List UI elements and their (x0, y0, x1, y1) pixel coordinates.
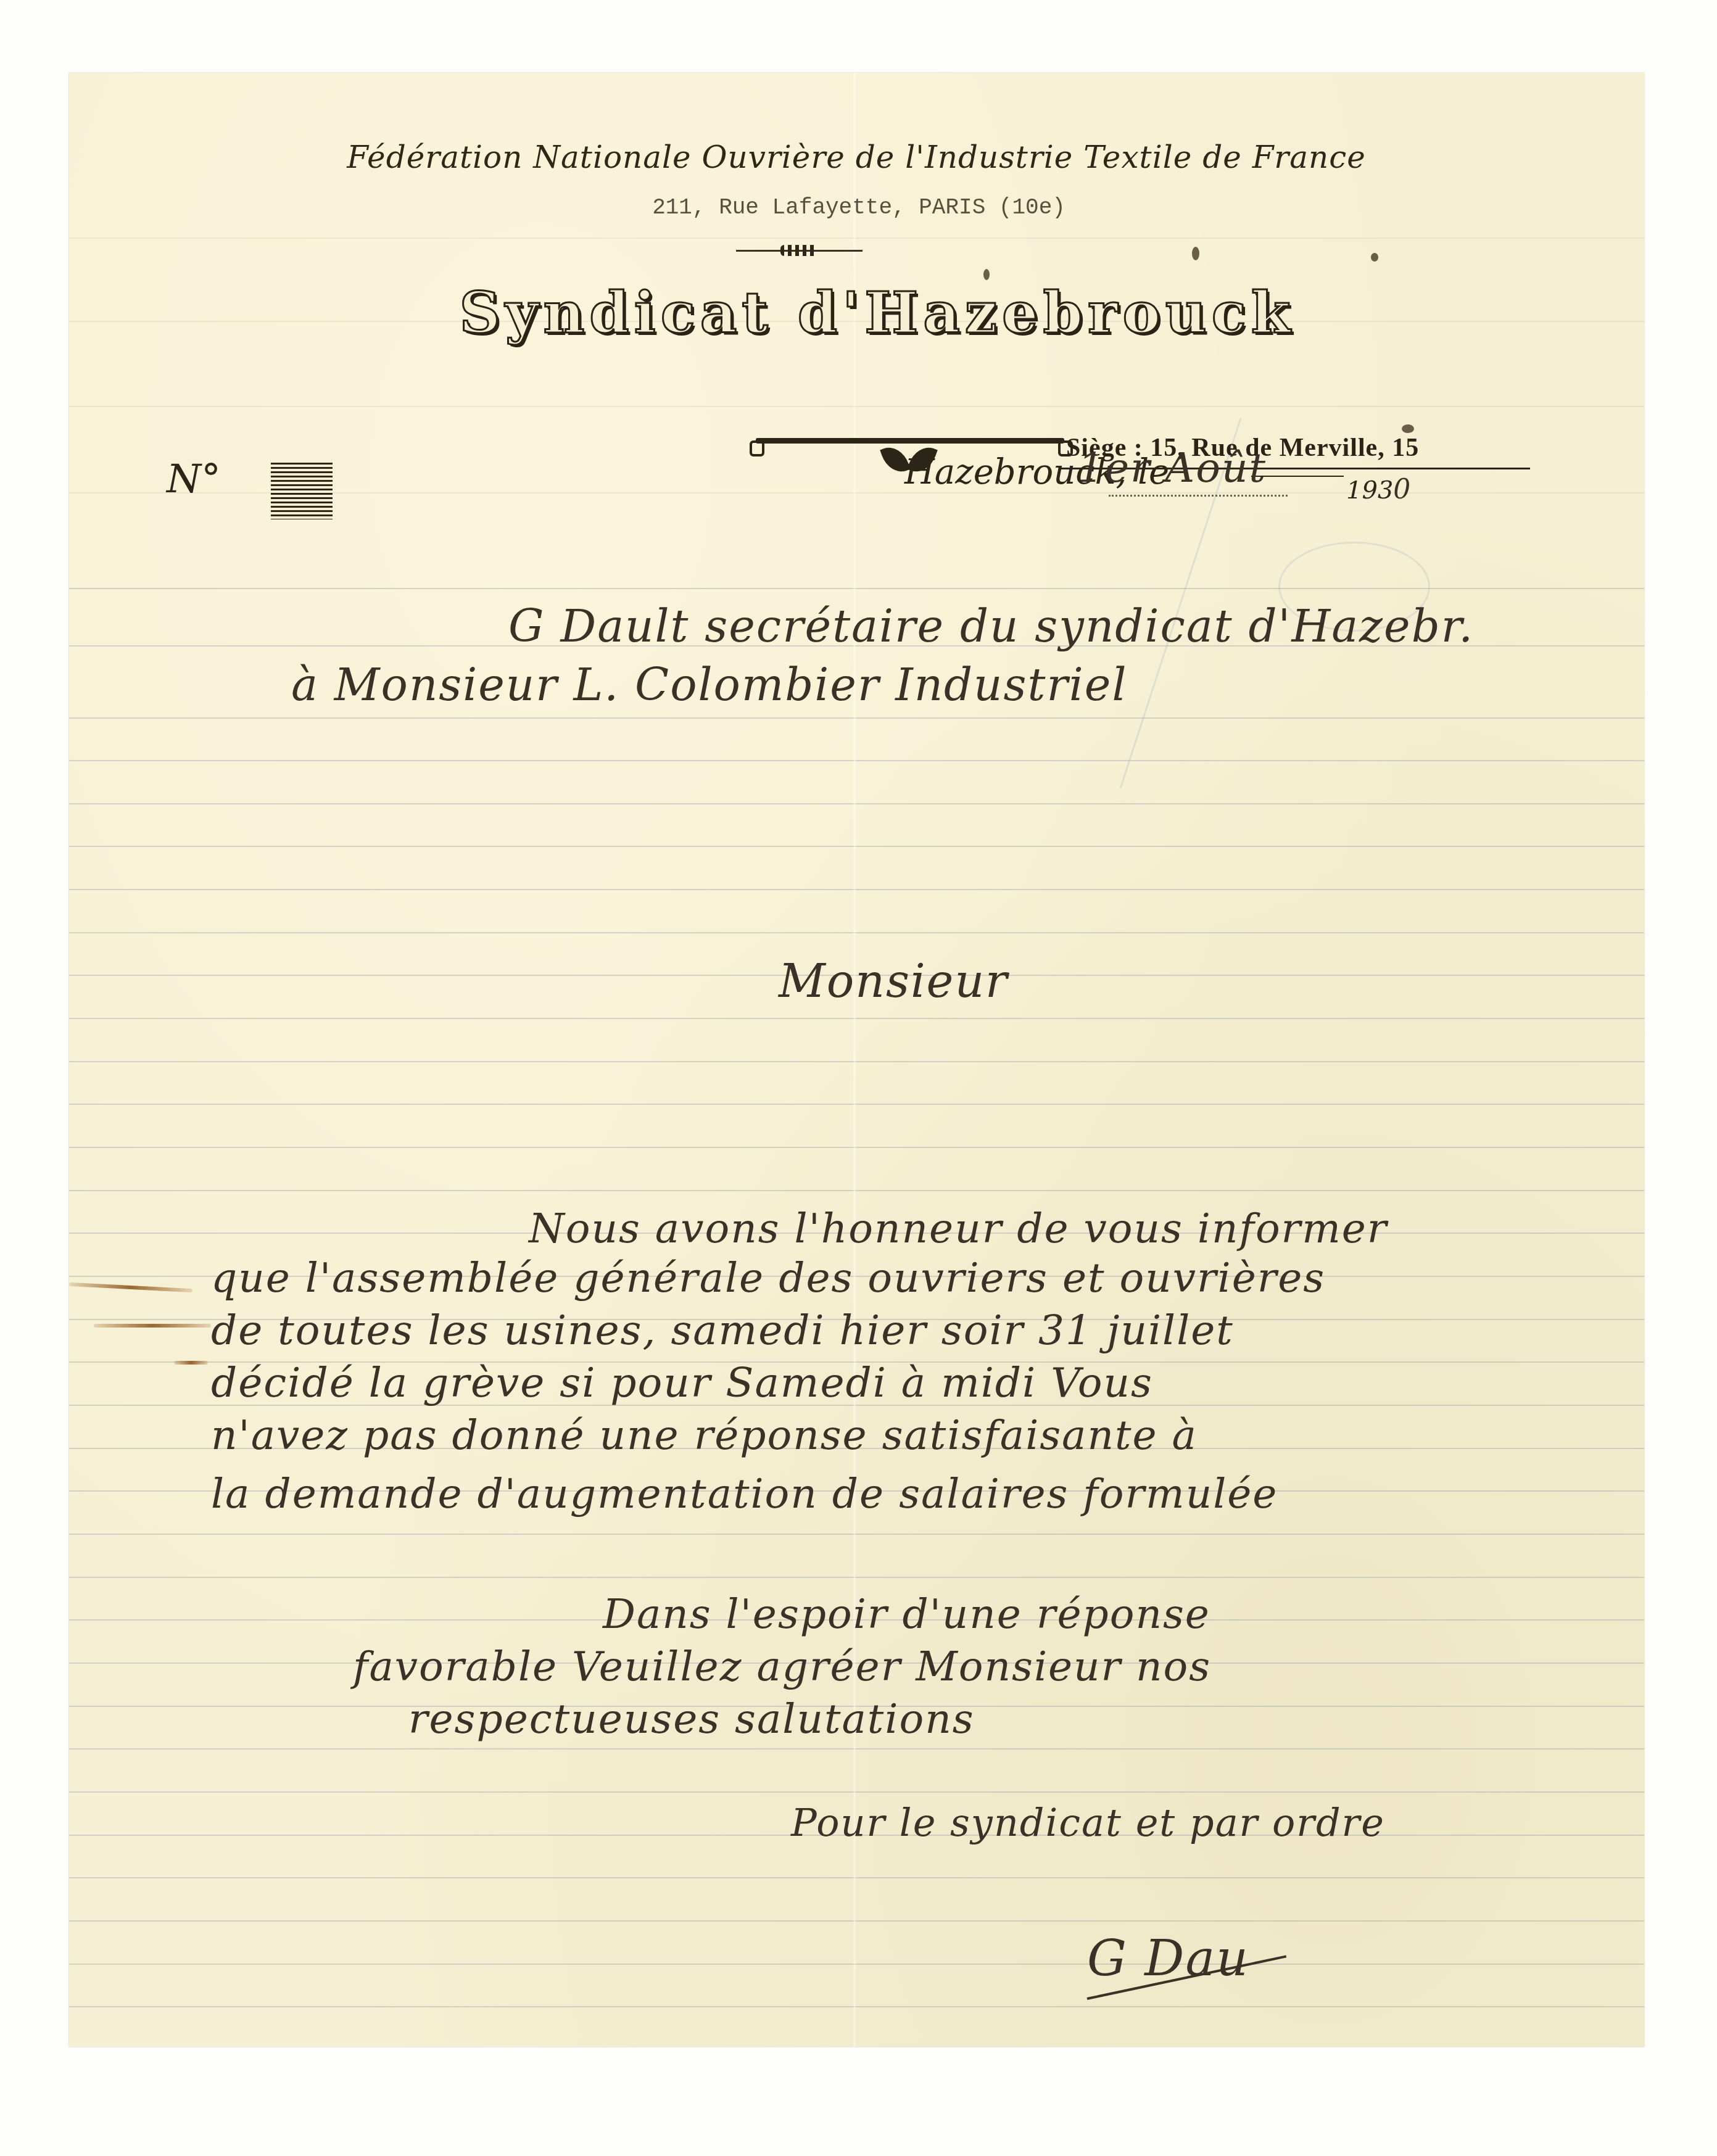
closing-line-1: Dans l'espoir d'une réponse (603, 1590, 1210, 1638)
rust-stain (69, 1282, 192, 1292)
sender-line: G Dault secrétaire du syndicat d'Hazebr. (508, 600, 1474, 652)
ink-spot (1371, 253, 1378, 262)
dateline-dotted-rule (1109, 495, 1288, 497)
federation-heading: Fédération Nationale Ouvrière de l'Indus… (190, 139, 1523, 175)
year-printed: 193 (1346, 476, 1393, 505)
body-line-5: n'avez pas donné une réponse satisfaisan… (211, 1411, 1198, 1459)
dateline-year: 1930 (1346, 474, 1412, 505)
year-handwritten: 0 (1393, 474, 1412, 505)
syndicate-title: Syndicat d'Hazebrouck (415, 279, 1340, 346)
small-divider-ornament (736, 249, 863, 252)
ink-spot (1192, 247, 1199, 260)
dateline-day-month: 1er Août (1078, 444, 1267, 492)
body-line-2: que l'assemblée générale des ouvriers et… (211, 1254, 1325, 1302)
body-line-1: Nous avons l'honneur de vous informer (529, 1205, 1388, 1252)
salutation: Monsieur (779, 955, 1008, 1008)
closing-line-3: respectueuses salutations (408, 1695, 975, 1743)
rust-stain (94, 1324, 211, 1328)
signature: G Dau (1087, 1930, 1249, 1987)
closing-line-2: favorable Veuillez agréer Monsieur nos (353, 1643, 1211, 1690)
rust-stain (174, 1361, 208, 1365)
federation-address: 211, Rue Lafayette, PARIS (10e) (396, 195, 1322, 220)
number-label: N° (167, 456, 221, 502)
body-line-6: la demande d'augmentation de salaires fo… (211, 1470, 1278, 1518)
letter-sheet: Fédération Nationale Ouvrière de l'Indus… (69, 73, 1644, 2047)
ink-spot (983, 269, 990, 280)
number-wavy-box (271, 463, 333, 519)
sign-off: Pour le syndicat et par ordre (791, 1800, 1385, 1845)
body-line-3: de toutes les usines, samedi hier soir 3… (211, 1307, 1234, 1354)
paper-fold (853, 73, 856, 2047)
body-line-4: décidé la grève si pour Samedi à midi Vo… (211, 1359, 1153, 1406)
recipient-line: à Monsieur L. Colombier Industriel (291, 659, 1127, 711)
